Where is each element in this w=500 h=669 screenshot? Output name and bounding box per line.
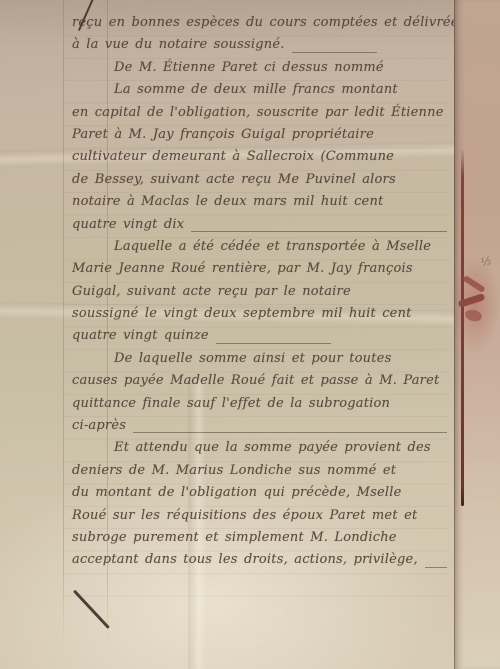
text-line-content: reçu en bonnes espèces du cours comptées… <box>72 15 466 30</box>
text-line-content: à la vue du notaire soussigné. <box>72 37 285 52</box>
text-line-content: de Bessey, suivant acte reçu Me Puvinel … <box>72 172 396 187</box>
text-line-content: du montant de l'obligation qui précède, … <box>72 485 402 500</box>
text-line-content: quittance finale sauf l'effet de la subr… <box>72 396 390 411</box>
text-line: ci-après <box>72 418 447 440</box>
text-line-content: De M. Étienne Paret ci dessus nommé <box>114 60 384 75</box>
ink-filler-line <box>216 343 331 344</box>
text-line-content: quatre vingt quinze <box>72 328 209 343</box>
text-line: cultivateur demeurant à Sallecroix (Comm… <box>72 149 447 171</box>
text-line-content: Marie Jeanne Roué rentière, par M. Jay f… <box>72 261 413 276</box>
text-line: Laquelle a été cédée et transportée à Ms… <box>72 239 447 261</box>
text-line: à la vue du notaire soussigné. <box>72 37 447 59</box>
text-line-content: Paret à M. Jay françois Guigal propriéta… <box>72 127 374 142</box>
thread-stain <box>450 255 500 355</box>
text-line-content: quatre vingt dix <box>72 217 184 232</box>
text-line: du montant de l'obligation qui précède, … <box>72 485 447 507</box>
text-line: de Bessey, suivant acte reçu Me Puvinel … <box>72 172 447 194</box>
text-line: en capital de l'obligation, souscrite pa… <box>72 105 447 127</box>
text-line-content: De laquelle somme ainsi et pour toutes <box>114 351 391 366</box>
ink-filler-line <box>425 567 447 568</box>
text-line: La somme de deux mille francs montant <box>72 82 447 104</box>
text-line: subroge purement et simplement M. Londic… <box>72 530 447 552</box>
binding-thread <box>461 148 464 506</box>
text-line: reçu en bonnes espèces du cours comptées… <box>72 15 447 37</box>
text-line: notaire à Maclas le deux mars mil huit c… <box>72 194 447 216</box>
ink-filler-line <box>191 231 447 232</box>
text-line: acceptant dans tous les droits, actions,… <box>72 552 447 574</box>
text-line: quatre vingt dix <box>72 217 447 239</box>
text-line-content: acceptant dans tous les droits, actions,… <box>72 552 418 567</box>
ink-filler-line <box>292 52 377 53</box>
text-line: Guigal, suivant acte reçu par le notaire <box>72 284 447 306</box>
text-line: Et attendu que la somme payée provient d… <box>72 440 447 462</box>
text-line-content: notaire à Maclas le deux mars mil huit c… <box>72 194 383 209</box>
text-line-content: en capital de l'obligation, souscrite pa… <box>72 105 444 120</box>
text-line-content: Et attendu que la somme payée provient d… <box>114 440 431 455</box>
text-line-content: subroge purement et simplement M. Londic… <box>72 530 397 545</box>
text-line: quatre vingt quinze <box>72 328 447 350</box>
text-line: causes payée Madelle Roué fait et passe … <box>72 373 447 395</box>
text-line: De laquelle somme ainsi et pour toutes <box>72 351 447 373</box>
ink-filler-line <box>133 432 447 433</box>
text-line: quittance finale sauf l'effet de la subr… <box>72 396 447 418</box>
text-line: De M. Étienne Paret ci dessus nommé <box>72 60 447 82</box>
text-line-content: La somme de deux mille francs montant <box>114 82 398 97</box>
text-line-content: ci-après <box>72 418 126 433</box>
manuscript-page: reçu en bonnes espèces du cours comptées… <box>0 0 500 669</box>
text-line-content: Guigal, suivant acte reçu par le notaire <box>72 284 351 299</box>
text-line: soussigné le vingt deux septembre mil hu… <box>72 306 447 328</box>
text-line-content: causes payée Madelle Roué fait et passe … <box>72 373 439 388</box>
text-line: Roué sur les réquisitions des époux Pare… <box>72 508 447 530</box>
handwritten-text-block: reçu en bonnes espèces du cours comptées… <box>0 15 500 575</box>
text-line-content: Roué sur les réquisitions des époux Pare… <box>72 508 417 523</box>
text-line-content: soussigné le vingt deux septembre mil hu… <box>72 306 412 321</box>
text-line: Paret à M. Jay françois Guigal propriéta… <box>72 127 447 149</box>
text-line: deniers de M. Marius Londiche sus nommé … <box>72 463 447 485</box>
text-line-content: Laquelle a été cédée et transportée à Ms… <box>114 239 431 254</box>
text-line-content: deniers de M. Marius Londiche sus nommé … <box>72 463 396 478</box>
text-line: Marie Jeanne Roué rentière, par M. Jay f… <box>72 261 447 283</box>
text-line-content: cultivateur demeurant à Sallecroix (Comm… <box>72 149 394 164</box>
